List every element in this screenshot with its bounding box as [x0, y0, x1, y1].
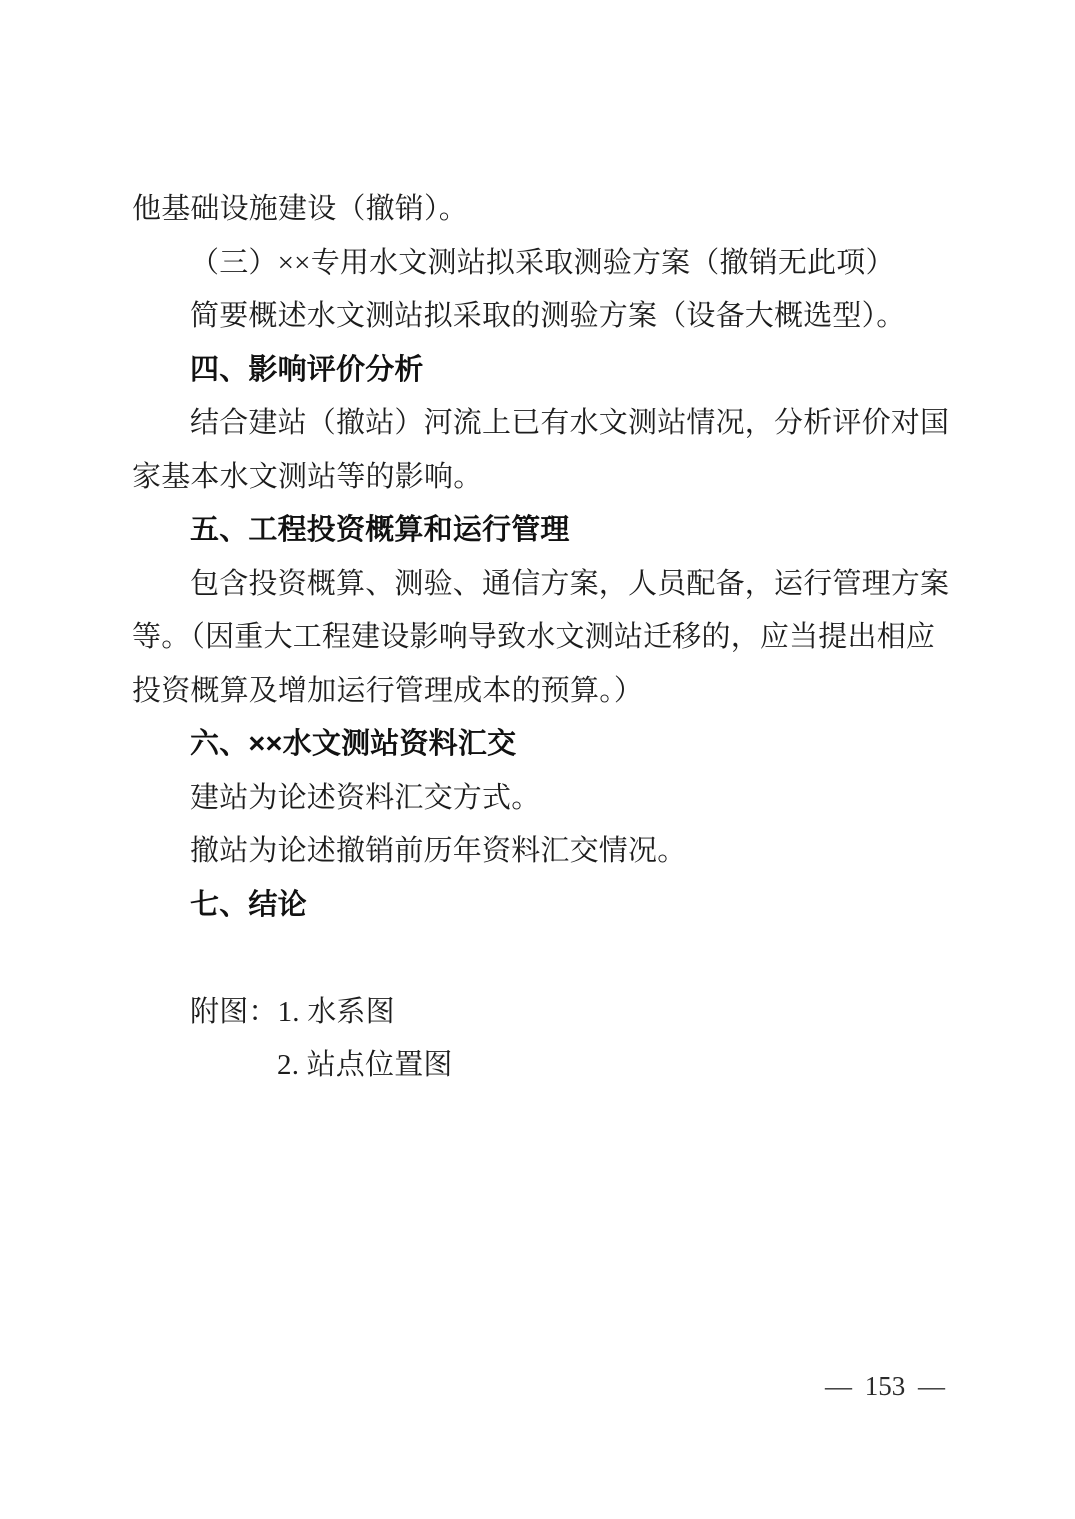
page-number: — 153 — [825, 1368, 945, 1404]
body-line-2: （三）××专用水文测站拟采取测验方案（撤销无此项） [132, 237, 950, 291]
body-line-1: 他基础设施建设（撤销）。 [132, 183, 950, 237]
body-line-9: 等。（因重大工程建设影响导致水文测站迁移的，应当提出相应 [132, 611, 950, 665]
section-heading-7: 七、结论 [132, 879, 950, 933]
blank-line [132, 932, 950, 986]
body-line-10: 投资概算及增加运行管理成本的预算。） [132, 665, 950, 719]
section-heading-4: 四、影响评价分析 [132, 344, 950, 398]
body-line-13: 撤站为论述撤销前历年资料汇交情况。 [132, 825, 950, 879]
body-line-12: 建站为论述资料汇交方式。 [132, 772, 950, 826]
body-line-8: 包含投资概算、测验、通信方案，人员配备，运行管理方案 [132, 558, 950, 612]
document-body: 他基础设施建设（撤销）。 （三）××专用水文测站拟采取测验方案（撤销无此项） 简… [132, 183, 950, 1093]
section-heading-5: 五、工程投资概算和运行管理 [132, 504, 950, 558]
body-line-3: 简要概述水文测站拟采取的测验方案（设备大概选型）。 [132, 290, 950, 344]
body-line-5: 结合建站（撤站）河流上已有水文测站情况，分析评价对国 [132, 397, 950, 451]
body-line-6: 家基本水文测站等的影响。 [132, 451, 950, 505]
section-heading-6: 六、××水文测站资料汇交 [132, 718, 950, 772]
attachment-line-1: 附图：1. 水系图 [132, 986, 950, 1040]
document-page: 他基础设施建设（撤销）。 （三）××专用水文测站拟采取测验方案（撤销无此项） 简… [0, 0, 1075, 1519]
attachment-line-2: 2. 站点位置图 [132, 1039, 950, 1093]
